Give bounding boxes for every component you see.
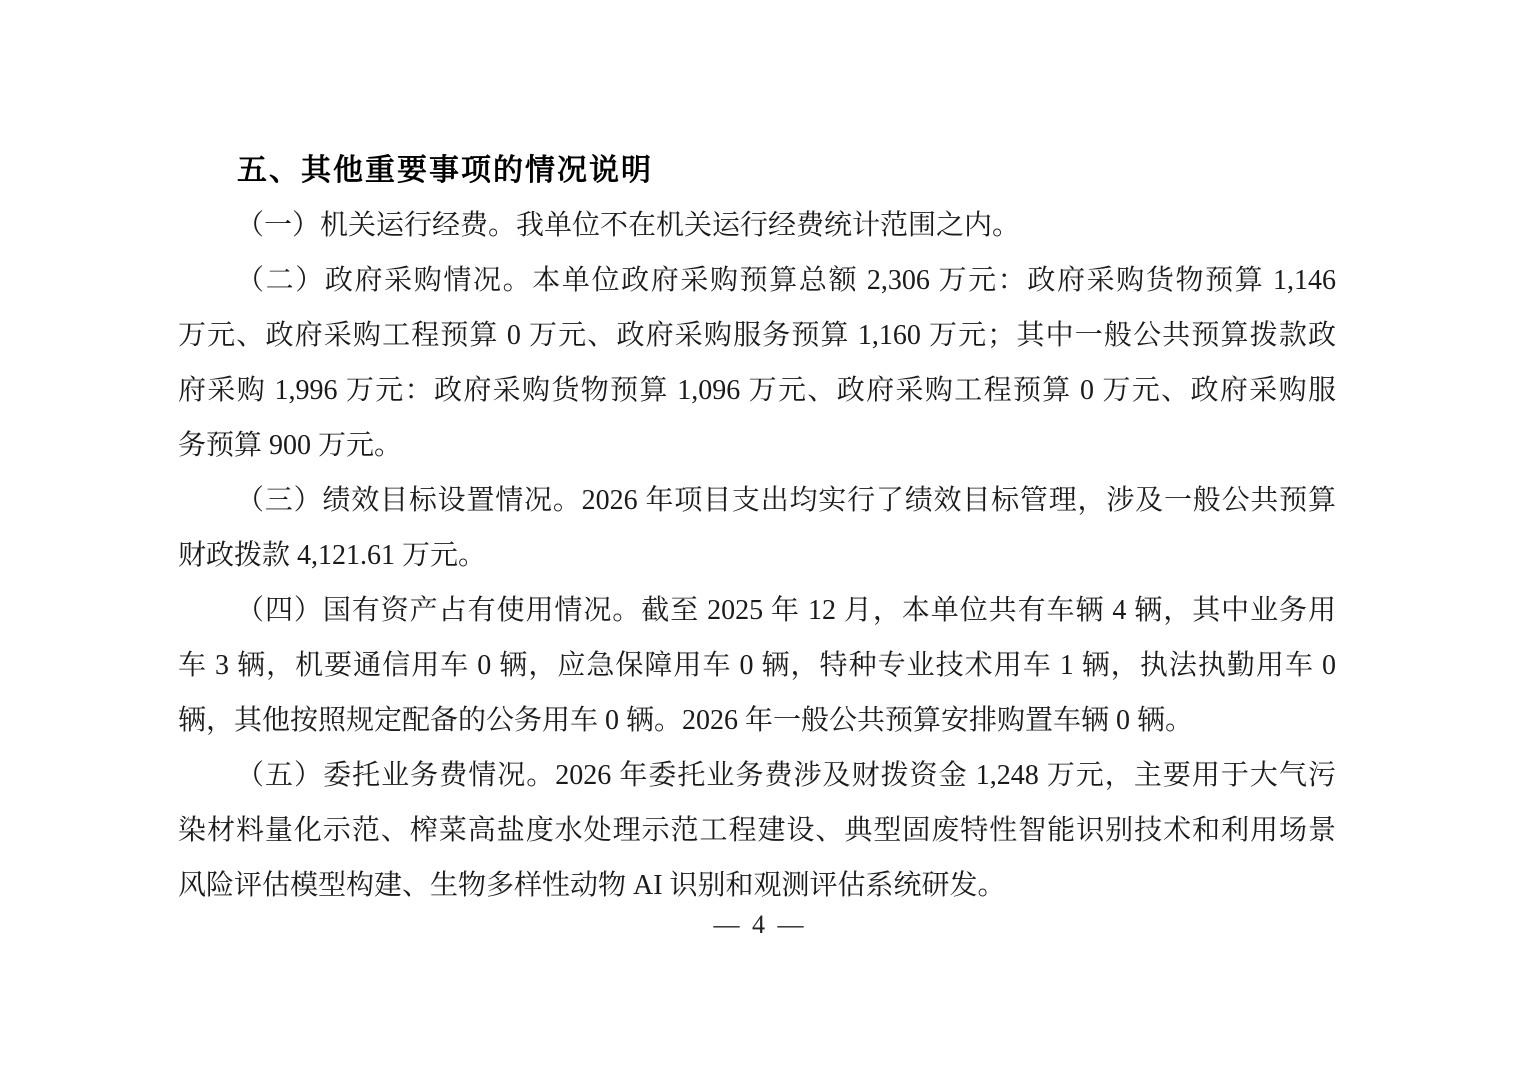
document-page: 五、其他重要事项的情况说明 （一）机关运行经费。我单位不在机关运行经费统计范围之…: [0, 0, 1520, 1074]
paragraph-line: （二）政府采购情况。本单位政府采购预算总额 2,306 万元：政府采购货物预算 …: [178, 253, 1336, 308]
paragraph-line: 万元、政府采购工程预算 0 万元、政府采购服务预算 1,160 万元；其中一般公…: [178, 308, 1336, 363]
page-number: — 4 —: [0, 905, 1520, 945]
paragraph-5: （五）委托业务费情况。2026 年委托业务费涉及财拨资金 1,248 万元，主要…: [178, 748, 1336, 913]
paragraph-line: 府采购 1,996 万元：政府采购货物预算 1,096 万元、政府采购工程预算 …: [178, 363, 1336, 418]
paragraph-line: 车 3 辆，机要通信用车 0 辆，应急保障用车 0 辆，特种专业技术用车 1 辆…: [178, 638, 1336, 693]
document-body: 五、其他重要事项的情况说明 （一）机关运行经费。我单位不在机关运行经费统计范围之…: [178, 143, 1336, 913]
paragraph-line: （四）国有资产占有使用情况。截至 2025 年 12 月，本单位共有车辆 4 辆…: [178, 583, 1336, 638]
paragraph-line: 财政拨款 4,121.61 万元。: [178, 528, 1336, 583]
paragraph-3: （三）绩效目标设置情况。2026 年项目支出均实行了绩效目标管理，涉及一般公共预…: [178, 473, 1336, 583]
paragraph-line: （三）绩效目标设置情况。2026 年项目支出均实行了绩效目标管理，涉及一般公共预…: [178, 473, 1336, 528]
section-heading: 五、其他重要事项的情况说明: [178, 143, 1336, 198]
paragraph-line: （五）委托业务费情况。2026 年委托业务费涉及财拨资金 1,248 万元，主要…: [178, 748, 1336, 803]
paragraph-4: （四）国有资产占有使用情况。截至 2025 年 12 月，本单位共有车辆 4 辆…: [178, 583, 1336, 748]
paragraph-1: （一）机关运行经费。我单位不在机关运行经费统计范围之内。: [178, 198, 1336, 253]
paragraphs-container: （一）机关运行经费。我单位不在机关运行经费统计范围之内。（二）政府采购情况。本单…: [178, 198, 1336, 913]
paragraph-line: （一）机关运行经费。我单位不在机关运行经费统计范围之内。: [178, 198, 1336, 253]
paragraph-line: 务预算 900 万元。: [178, 418, 1336, 473]
paragraph-line: 染材料量化示范、榨菜高盐度水处理示范工程建设、典型固废特性智能识别技术和利用场景: [178, 803, 1336, 858]
paragraph-line: 辆，其他按照规定配备的公务用车 0 辆。2026 年一般公共预算安排购置车辆 0…: [178, 693, 1336, 748]
paragraph-2: （二）政府采购情况。本单位政府采购预算总额 2,306 万元：政府采购货物预算 …: [178, 253, 1336, 473]
